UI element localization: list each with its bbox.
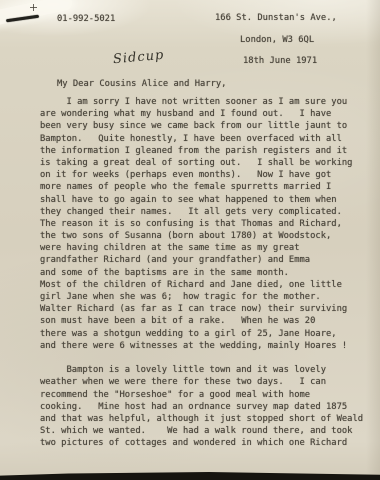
letter-line: cooking. Mine host had an ordnance surve…: [40, 401, 372, 413]
letter-line: Walter Richard (as far as I can trace no…: [40, 303, 372, 315]
letter-line: shall have to go again to see what happe…: [40, 194, 372, 206]
letter-line: St. which we wanted. We had a walk round…: [40, 425, 372, 437]
handwritten-annotation: Sidcup: [112, 48, 164, 67]
scan-edge-bottom: [0, 472, 380, 480]
letter-line: son must have been a bit of a rake. When…: [40, 315, 372, 327]
letter-line: The reason it is so confusing is that Th…: [40, 218, 372, 230]
letter-line: and there were 6 witnesses at the weddin…: [40, 340, 372, 352]
letter-line: two pictures of cottages and wondered in…: [40, 437, 372, 449]
letter-line: Most of the children of Richard and Jane…: [40, 279, 372, 291]
letter-line: there was a shotgun wedding to a girl of…: [40, 328, 372, 340]
letter-line: [40, 352, 372, 364]
letter-line: the two sons of Susanna (born about 1780…: [40, 230, 372, 242]
letter-line: on it for weeks (perhaps even months). N…: [40, 169, 372, 181]
letter-line: they changed their names. It all gets ve…: [40, 206, 372, 218]
letter-line: recommend the "Horseshoe" for a good mea…: [40, 389, 372, 401]
letter-page: 01-992-5021 166 St. Dunstan's Ave., Lond…: [0, 0, 380, 480]
letter-line: were having children at the same time as…: [40, 242, 372, 254]
letter-line: I am sorry I have not written sooner as …: [40, 96, 372, 108]
letter-line: weather when we were there for these two…: [40, 376, 372, 388]
address-line-1: 166 St. Dunstan's Ave.,: [215, 12, 337, 24]
letter-line: and that was helpful, although it just s…: [40, 413, 372, 425]
letter-line: Bampton. Quite honestly, I have been ove…: [40, 133, 372, 145]
letter-line: more names of people who the female spur…: [40, 181, 372, 193]
letter-line: the information I gleaned from the paris…: [40, 145, 372, 157]
letter-line: are wondering what my husband and I foun…: [40, 108, 372, 120]
letter-line: girl Jane when she was 6; how tragic for…: [40, 291, 372, 303]
letter-line: been very busy since we came back from o…: [40, 120, 372, 132]
letter-line: is taking a great deal of sorting out. I…: [40, 157, 372, 169]
letter-line: grandfather Richard (and your grandfathe…: [40, 254, 372, 266]
letter-body: I am sorry I have not written sooner as …: [40, 96, 372, 449]
letter-date: 18th June 1971: [243, 55, 317, 67]
letter-line: and some of the baptisms are in the same…: [40, 267, 372, 279]
letter-line: Bampton is a lovely little town and it w…: [40, 364, 372, 376]
address-line-2: London, W3 6QL: [240, 34, 314, 46]
registration-cross-mark: [30, 4, 37, 11]
salutation: My Dear Cousins Alice and Harry,: [57, 78, 226, 90]
phone-number: 01-992-5021: [57, 13, 115, 25]
